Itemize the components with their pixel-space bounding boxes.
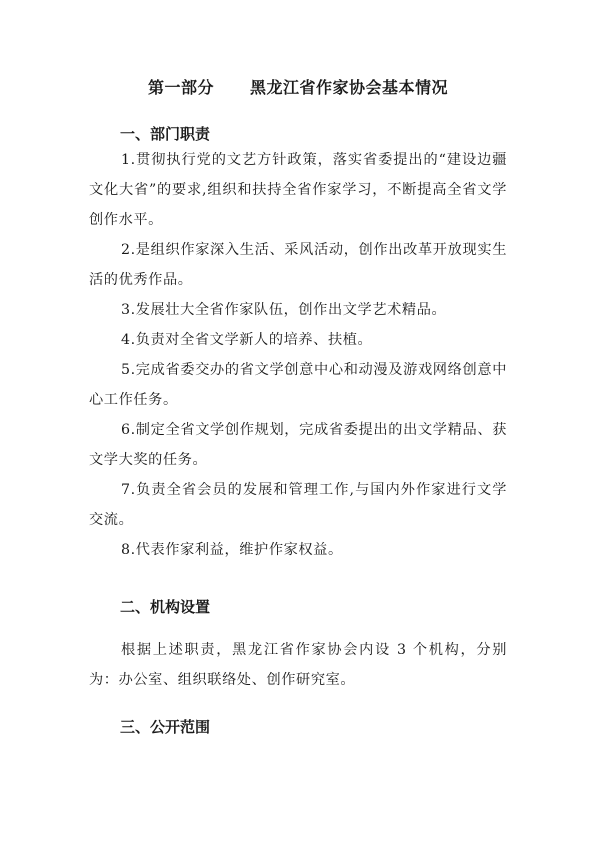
- document-page: 第一部分黑龙江省作家协会基本情况 一、部门职责 1.贯彻执行党的文艺方针政策，落…: [0, 0, 596, 842]
- page-title: 第一部分黑龙江省作家协会基本情况: [0, 77, 596, 99]
- section-heading-duties: 一、部门职责: [120, 124, 210, 144]
- title-part: 第一部分: [148, 78, 214, 97]
- paragraph-duty-2: 2.是组织作家深入生活、采风活动，创作出改革开放现实生活的优秀作品。: [89, 235, 507, 295]
- paragraph-duty-5: 5.完成省委交办的省文学创意中心和动漫及游戏网络创意中心工作任务。: [89, 355, 507, 415]
- section-heading-disclosure-scope: 三、公开范围: [120, 717, 210, 737]
- paragraph-duty-8: 8.代表作家利益，维护作家权益。: [89, 535, 507, 565]
- paragraph-duty-6: 6.制定全省文学创作规划，完成省委提出的出文学精品、获文学大奖的任务。: [89, 415, 507, 475]
- title-main: 黑龙江省作家协会基本情况: [250, 78, 448, 97]
- paragraph-organization: 根据上述职责，黑龙江省作家协会内设 3 个机构，分别为：办公室、组织联络处、创作…: [89, 635, 507, 695]
- paragraph-duty-7: 7.负责全省会员的发展和管理工作,与国内外作家进行文学交流。: [89, 475, 507, 535]
- paragraph-duty-3: 3.发展壮大全省作家队伍，创作出文学艺术精品。: [89, 295, 507, 325]
- paragraph-duty-1: 1.贯彻执行党的文艺方针政策，落实省委提出的“建设边疆文化大省”的要求,组织和扶…: [89, 145, 507, 235]
- section-heading-organization: 二、机构设置: [120, 597, 210, 617]
- paragraph-duty-4: 4.负责对全省文学新人的培养、扶植。: [89, 325, 507, 355]
